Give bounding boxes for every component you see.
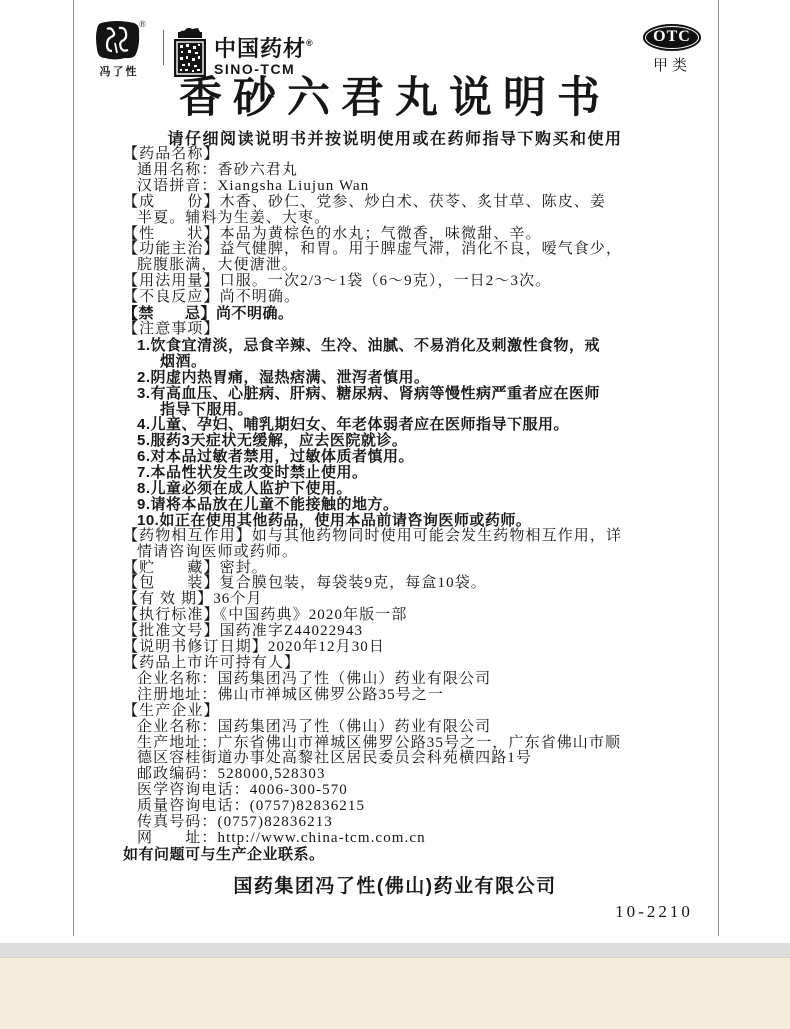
- leaflet-line: 3.有高血压、心脏病、肝病、糖尿病、肾病等慢性病严重者应在医师: [123, 386, 693, 402]
- leaflet-line: 【执行标准】《中国药典》2020年版一部: [123, 608, 693, 624]
- leaflet-line: 【生产企业】: [123, 704, 693, 720]
- leaflet-line: 如有问题可与生产企业联系。: [123, 847, 693, 863]
- seal-icon: [95, 21, 141, 61]
- leaflet-line: 【功能主治】益气健脾，和胃。用于脾虚气滞，消化不良，嗳气食少，: [123, 242, 693, 258]
- leaflet-line: 【药品名称】: [123, 147, 693, 163]
- backdrop-surface: [0, 957, 790, 1029]
- print-batch-code: 10-2210: [598, 902, 710, 922]
- leaflet-line: 【包 装】复合膜包装，每袋装9克，每盒10袋。: [123, 576, 693, 592]
- leaflet-line: 网 址：http://www.china-tcm.com.cn: [123, 831, 693, 847]
- brand-divider: [163, 30, 164, 65]
- leaflet-line: 7.本品性状发生改变时禁止使用。: [123, 465, 693, 481]
- leaflet-line: 【说明书修订日期】2020年12月30日: [123, 640, 693, 656]
- registered-mark: ®: [139, 19, 146, 29]
- leaflet-line: 脘腹胀满，大便溏泄。: [123, 258, 693, 274]
- leaflet-line: 6.对本品过敏者禁用，过敏体质者慎用。: [123, 449, 693, 465]
- leaflet-line: 【药物相互作用】如与其他药物同时使用可能会发生药物相互作用，详: [123, 529, 693, 545]
- registered-mark: ®: [306, 38, 313, 48]
- tcm-title: 中国药材: [214, 36, 306, 61]
- leaflet-line: 情请咨询医师或药师。: [123, 545, 693, 561]
- footer-company-name: 国药集团冯了性(佛山)药业有限公司: [0, 871, 790, 898]
- leaflet-line: 4.儿童、孕妇、哺乳期妇女、年老体弱者应在医师指导下服用。: [123, 417, 693, 433]
- leaflet-line: 【用法用量】口服。一次2/3～1袋（6～9克），一日2～3次。: [123, 274, 693, 290]
- leaflet-body: 【药品名称】通用名称：香砂六君丸汉语拼音：Xiangsha Liujun Wan…: [123, 147, 693, 863]
- leaflet-line: 烟酒。: [123, 354, 693, 370]
- leaflet-line: 2.阴虚内热胃痛，湿热痞满、泄泻者慎用。: [123, 370, 693, 386]
- leaflet-line: 通用名称：香砂六君丸: [123, 163, 693, 179]
- leaflet-page: ® 冯了性 中国药材® SINO-TCM OTC: [0, 0, 790, 943]
- leaflet-line: 【注意事项】: [123, 322, 693, 338]
- tcm-chinese-name: 中国药材®: [214, 31, 313, 61]
- otc-category: 甲类: [641, 54, 703, 75]
- leaflet-line: 9.请将本品放在儿童不能接触的地方。: [123, 497, 693, 513]
- table-edge-strip: [0, 943, 790, 957]
- leaflet-line: 【禁 忌】尚不明确。: [123, 306, 693, 322]
- leaflet-line: 企业名称：国药集团冯了性（佛山）药业有限公司: [123, 720, 693, 736]
- leaflet-line: 质量咨询电话：(0757)82836215: [123, 799, 693, 815]
- leaflet-line: 【批准文号】国药准字Z44022943: [123, 624, 693, 640]
- leaflet-line: 汉语拼音：Xiangsha Liujun Wan: [123, 179, 693, 195]
- otc-badge: OTC 甲类: [641, 24, 703, 75]
- leaflet-line: 8.儿童必须在成人监护下使用。: [123, 481, 693, 497]
- leaflet-line: 半夏。辅料为生姜、大枣。: [123, 211, 693, 227]
- leaflet-line: 【药品上市许可持有人】: [123, 656, 693, 672]
- leaflet-line: 注册地址：佛山市禅城区佛罗公路35号之一: [123, 688, 693, 704]
- leaflet-line: 企业名称：国药集团冯了性（佛山）药业有限公司: [123, 672, 693, 688]
- leaflet-line: 10.如正在使用其他药品，使用本品前请咨询医师或药师。: [123, 513, 693, 529]
- page-title: 香砂六君丸说明书: [0, 74, 790, 124]
- sino-tcm-wordmark: 中国药材® SINO-TCM: [214, 31, 313, 77]
- otc-oval-icon: OTC: [643, 24, 701, 51]
- leaflet-line: 【成 份】木香、砂仁、党参、炒白术、茯苓、炙甘草、陈皮、姜: [123, 195, 693, 211]
- leaflet-line: 德区容桂街道办事处高黎社区居民委员会科苑横四路1号: [123, 751, 693, 767]
- leaflet-line: 【不良反应】尚不明确。: [123, 290, 693, 306]
- leaflet-line: 医学咨询电话：4006-300-570: [123, 783, 693, 799]
- leaflet-line: 传真号码：(0757)82836213: [123, 815, 693, 831]
- leaflet-line: 5.服药3天症状无缓解，应去医院就诊。: [123, 433, 693, 449]
- leaflet-line: 1.饮食宜清淡，忌食辛辣、生冷、油腻、不易消化及刺激性食物，戒: [123, 338, 693, 354]
- leaflet-line: 【有 效 期】36个月: [123, 592, 693, 608]
- leaflet-line: 邮政编码：528000,528303: [123, 767, 693, 783]
- read-instructions-notice: 请仔细阅读说明书并按说明使用或在药师指导下购买和使用: [0, 126, 790, 149]
